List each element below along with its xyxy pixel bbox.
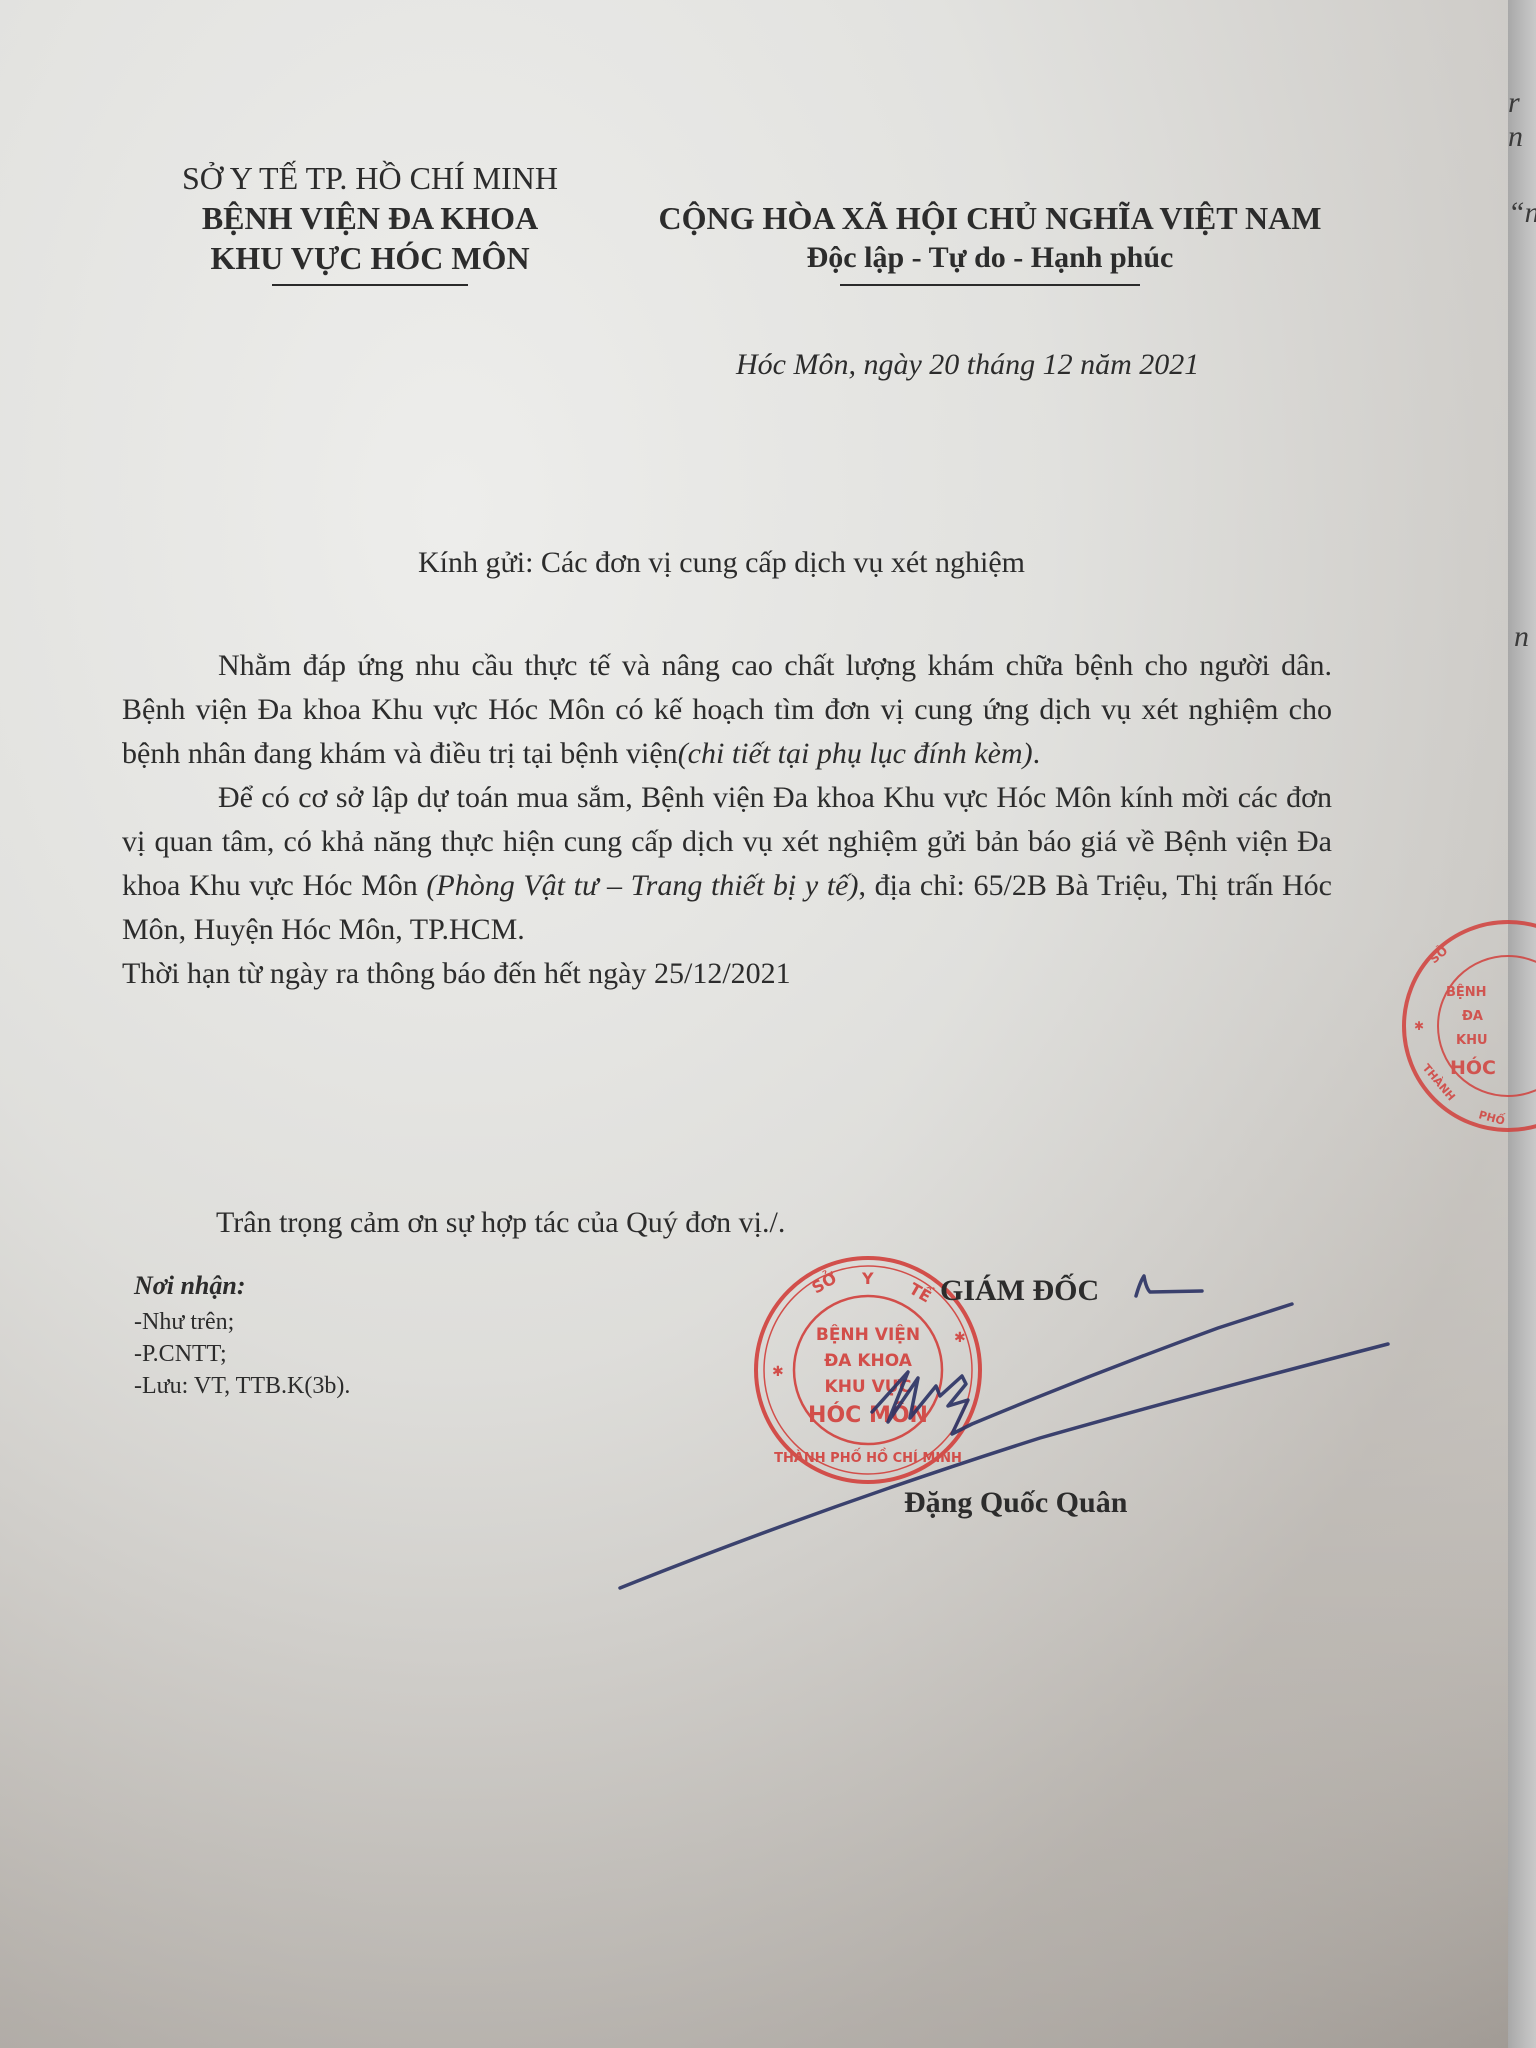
signature — [0, 0, 1536, 2048]
